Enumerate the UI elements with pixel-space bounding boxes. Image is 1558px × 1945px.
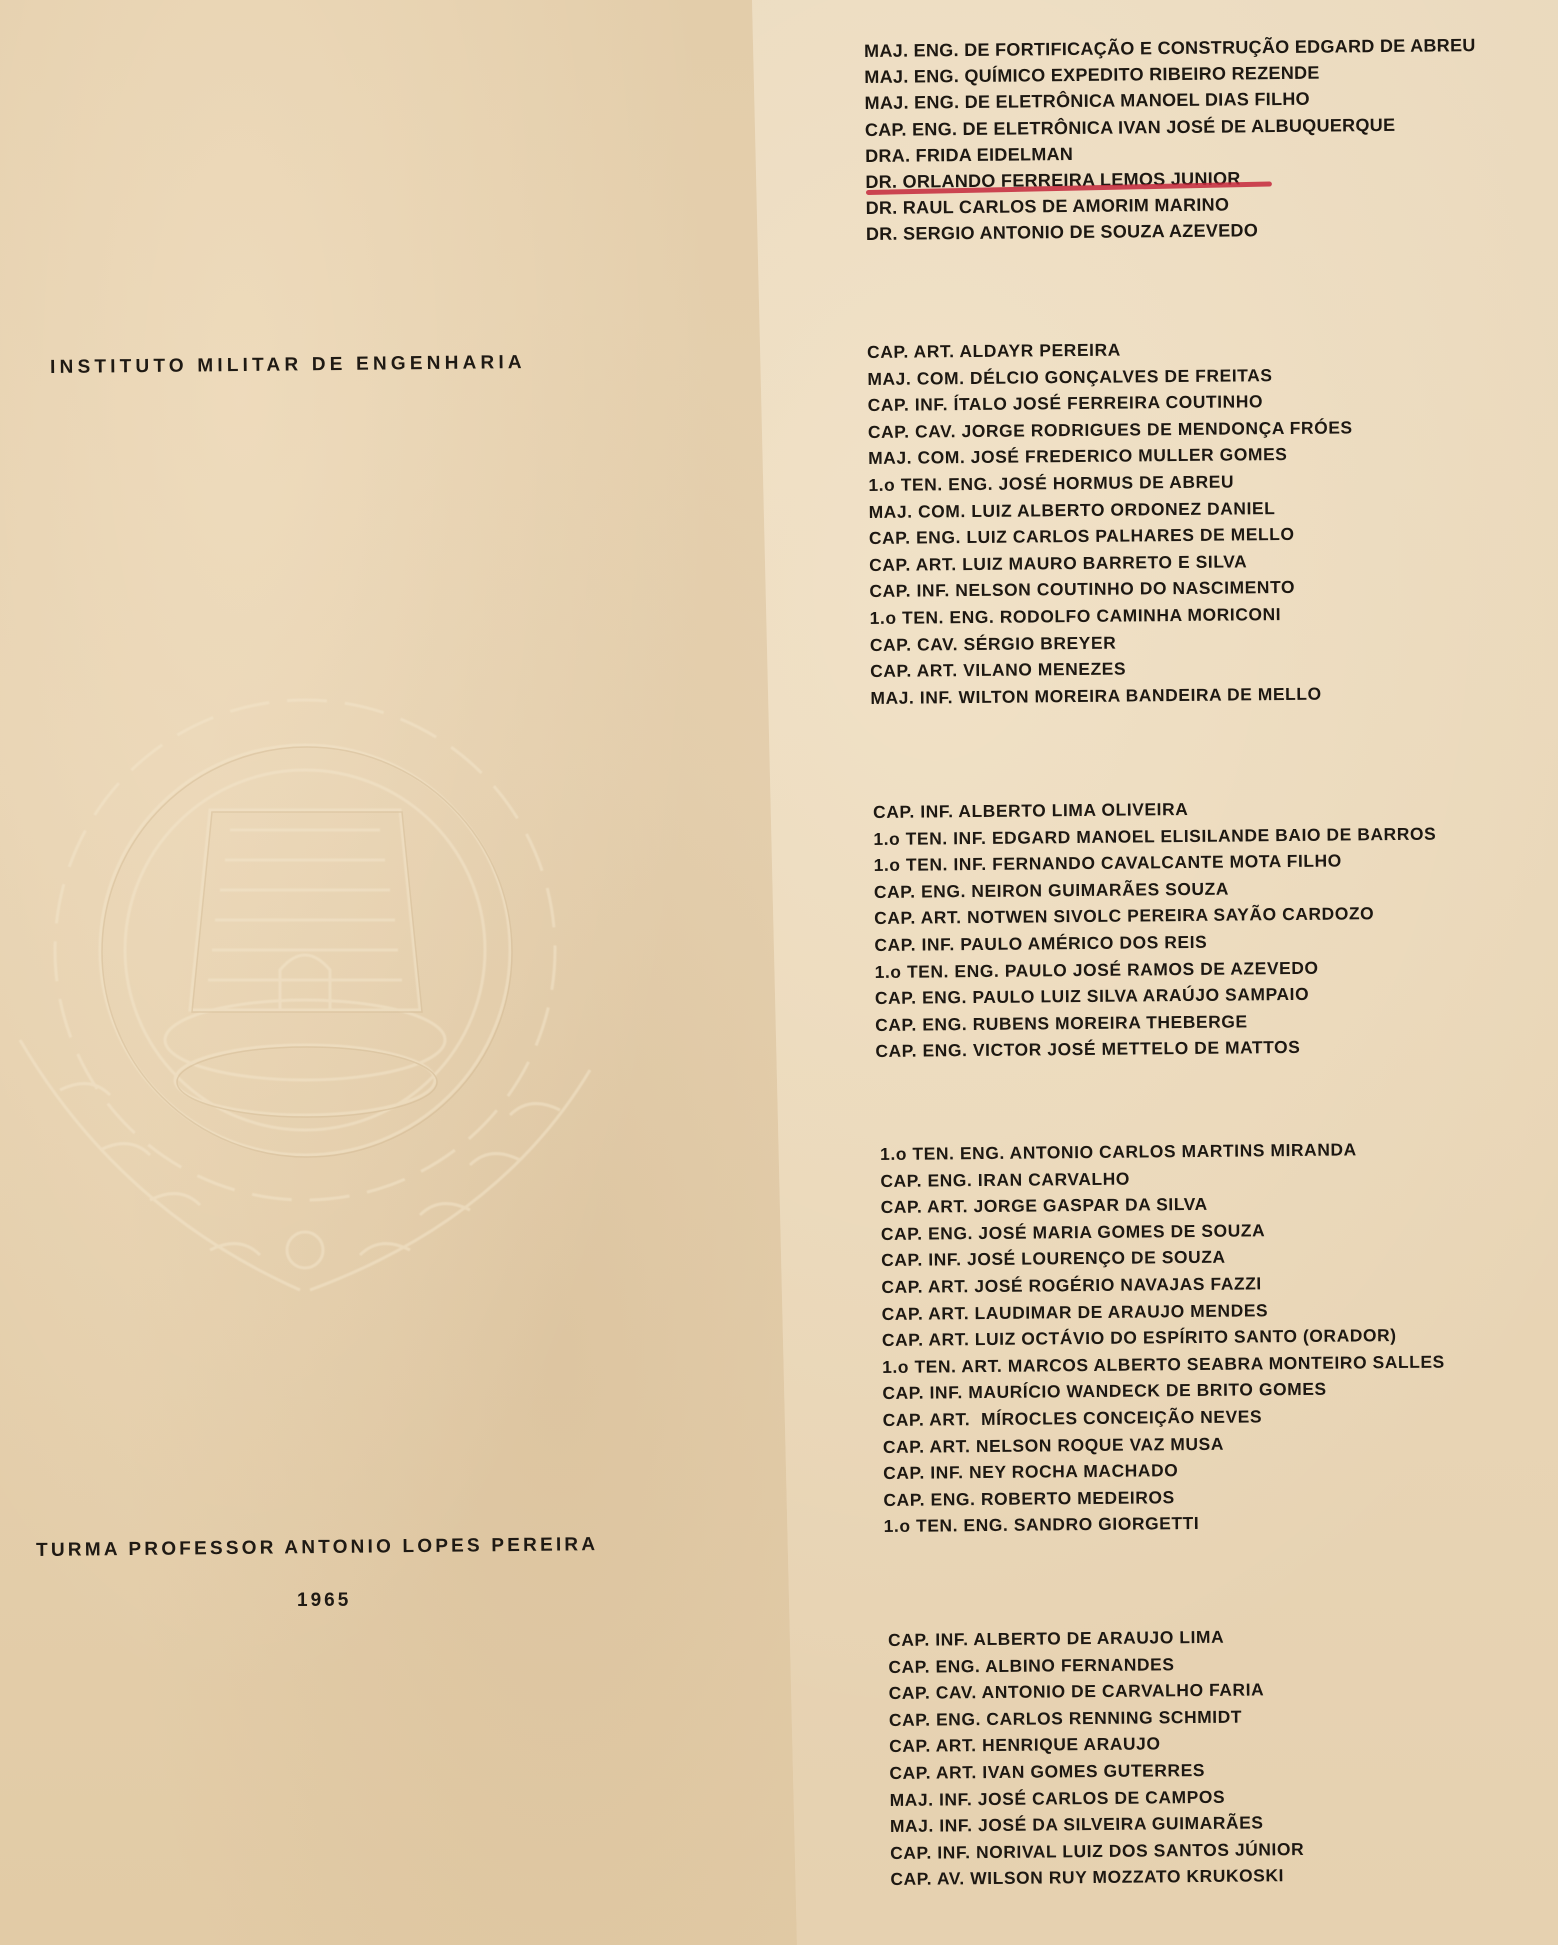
graduate-entry: MAJ. INF. JOSÉ CARLOS DE CAMPOS — [890, 1783, 1304, 1814]
graduate-entry: MAJ. INF. WILTON MOREIRA BANDEIRA DE MEL… — [870, 680, 1355, 711]
graduate-entry: CAP. AV. WILSON RUY MOZZATO KRUKOSKI — [890, 1862, 1304, 1893]
class-year: 1965 — [297, 1590, 351, 1612]
graduate-group-4: 1.o TEN. ENG. ANTONIO CARLOS MARTINS MIR… — [880, 1136, 1446, 1540]
graduate-entry: 1.o TEN. INF. EDGARD MANOEL ELISILANDE B… — [873, 820, 1436, 852]
graduate-entry: CAP. ART. HENRIQUE ARAUJO — [889, 1729, 1303, 1760]
graduate-entry: 1.o TEN. ENG. SANDRO GIORGETTI — [884, 1508, 1447, 1540]
embossed-seal-icon — [0, 650, 620, 1310]
graduate-group-2: CAP. ART. ALDAYR PEREIRAMAJ. COM. DÉLCIO… — [867, 334, 1355, 711]
graduate-entry: MAJ. INF. JOSÉ DA SILVEIRA GUIMARÃES — [890, 1809, 1304, 1840]
graduate-group-3: CAP. INF. ALBERTO LIMA OLIVEIRA1.o TEN. … — [873, 794, 1438, 1065]
graduate-entry: CAP. ENG. VICTOR JOSÉ METTELO DE MATTOS — [875, 1033, 1438, 1065]
graduate-entry: CAP. ENG. CARLOS RENNING SCHMIDT — [889, 1703, 1303, 1734]
graduate-group-5: CAP. INF. ALBERTO DE ARAUJO LIMACAP. ENG… — [888, 1623, 1305, 1893]
graduate-entry: CAP. ART. IVAN GOMES GUTERRES — [889, 1756, 1303, 1787]
graduate-entry: MAJ. COM. JOSÉ FREDERICO MULLER GOMES — [868, 441, 1353, 472]
graduate-entry: CAP. INF. NORIVAL LUIZ DOS SANTOS JÚNIOR — [890, 1836, 1304, 1867]
graduate-group-1: MAJ. ENG. DE FORTIFICAÇÃO E CONSTRUÇÃO E… — [864, 32, 1478, 247]
graduate-entry: CAP. ENG. ALBINO FERNANDES — [888, 1650, 1302, 1681]
graduate-entry: CAP. ENG. LUIZ CARLOS PALHARES DE MELLO — [869, 520, 1354, 551]
graduate-entry: CAP. INF. ALBERTO DE ARAUJO LIMA — [888, 1623, 1302, 1654]
graduate-entry: CAP. CAV. ANTONIO DE CARVALHO FARIA — [889, 1676, 1303, 1707]
graduate-entry: CAP. ART. NOTWEN SIVOLC PEREIRA SAYÃO CA… — [874, 900, 1437, 932]
graduate-entry: CAP. INF. NELSON COUTINHO DO NASCIMENTO — [869, 574, 1354, 605]
